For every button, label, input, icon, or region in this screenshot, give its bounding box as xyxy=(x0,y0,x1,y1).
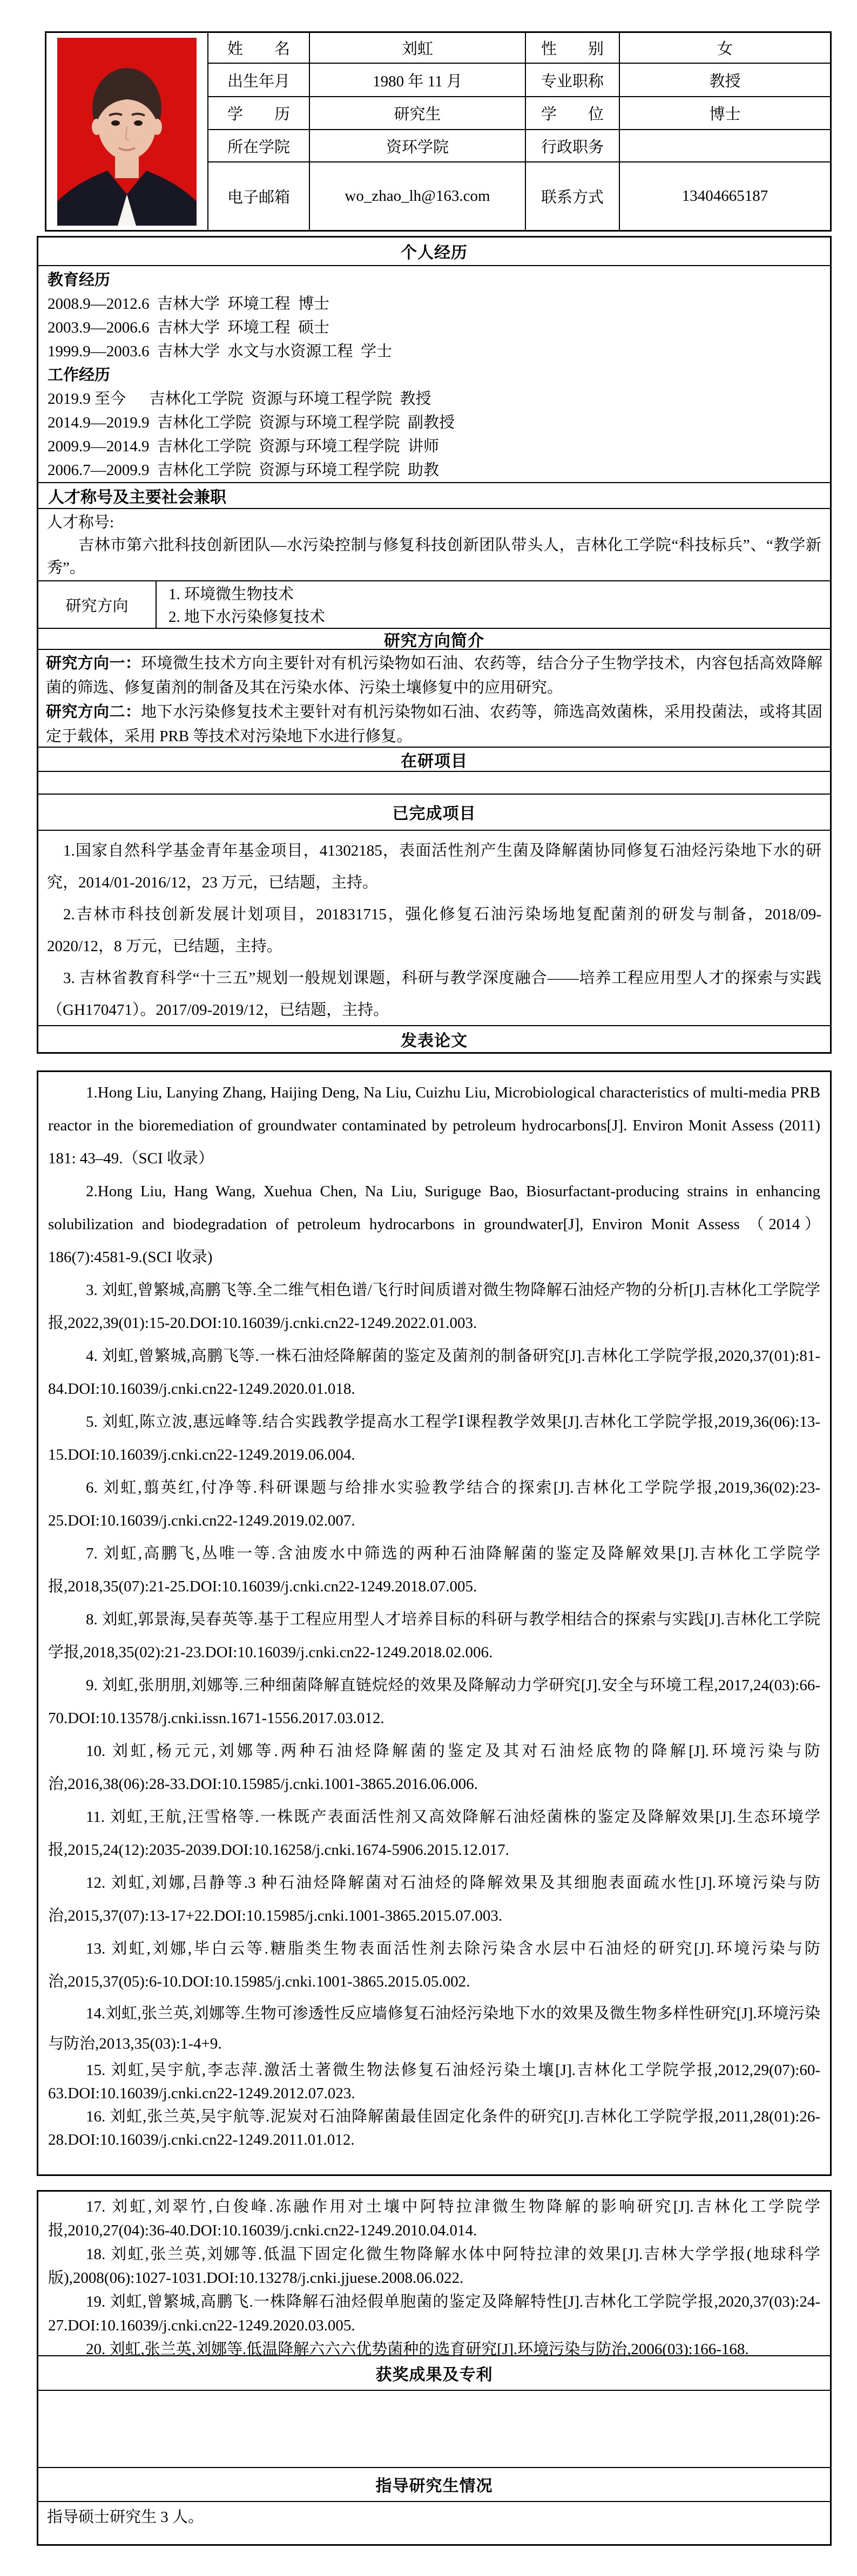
publication-item: 13. 刘虹,刘娜,毕白云等.糖脂类生物表面活性剂去除污染含水层中石油烃的研究[… xyxy=(48,1933,820,1998)
info-row-college: 所在学院 资环学院 行政职务 xyxy=(208,129,830,161)
talent-label: 人才称号: xyxy=(47,511,821,534)
education-item: 2003.9—2006.6 吉林大学 环境工程 硕士 xyxy=(48,316,830,340)
work-item: 2014.9—2019.9 吉林化工学院 资源与环境工程学院 副教授 xyxy=(48,411,830,435)
publications-group-2: 17. 刘虹,刘翠竹,白俊峰.冻融作用对土壤中阿特拉津微生物降解的影响研究[J]… xyxy=(38,2192,830,2355)
education-heading: 教育经历 xyxy=(48,268,830,292)
work-item: 2019.9 至今 吉林化工学院 资源与环境工程学院 教授 xyxy=(48,387,830,411)
gender-value: 女 xyxy=(619,33,830,63)
completed-projects-content: 1.国家自然科学基金青年基金项目，41302185，表面活性剂产生菌及降解菌协同… xyxy=(38,830,830,1026)
admin-post-label: 行政职务 xyxy=(525,130,619,161)
name-label: 姓 名 xyxy=(208,33,309,63)
research-direction-row: 研究方向 1. 环境微生物技术 2. 地下水污染修复技术 xyxy=(38,580,830,628)
gender-label: 性 别 xyxy=(525,33,619,63)
publication-item: 17. 刘虹,刘翠竹,白俊峰.冻融作用对土壤中阿特拉津微生物降解的影响研究[J]… xyxy=(48,2195,820,2242)
section-talent-title: 人才称号及主要社会兼职 xyxy=(38,482,830,508)
publication-item: 12. 刘虹,刘娜,吕静等.3 种石油烃降解菌对石油烃的降解效果及其细胞表面疏水… xyxy=(48,1867,820,1933)
publication-item: 14.刘虹,张兰英,刘娜等.生物可渗透性反应墙修复石油烃污染地下水的效果及微生物… xyxy=(48,1998,820,2059)
completed-project-item: 3. 吉林省教育科学“十三五”规划一般规划课题，科研与教学深度融合——培养工程应… xyxy=(47,962,821,1026)
research-intro-lead: 研究方向一： xyxy=(46,655,141,672)
photo-cell xyxy=(46,33,208,230)
eye-left xyxy=(111,120,120,126)
info-row-birth: 出生年月 1980 年 11 月 专业职称 教授 xyxy=(208,63,830,96)
section-students-title: 指导研究生情况 xyxy=(38,2467,830,2500)
research-intro-content: 研究方向一：环境微生技术方向主要针对有机污染物如石油、农药等，结合分子生物学技术… xyxy=(38,649,830,747)
college-value: 资环学院 xyxy=(309,130,525,161)
talent-body: 吉林市第六批科技创新团队—水污染控制与修复科技创新团队带头人，吉林化工学院“科技… xyxy=(47,534,821,579)
research-intro-text: 环境微生技术方向主要针对有机污染物如石油、农药等，结合分子生物学技术，内容包括高… xyxy=(46,655,822,696)
publication-item: 7. 刘虹,高鹏飞,丛唯一等.含油废水中筛选的两种石油降解菌的鉴定及降解效果[J… xyxy=(48,1537,820,1603)
professional-title-label: 专业职称 xyxy=(525,64,619,96)
publication-item: 10. 刘虹,杨元元,刘娜等.两种石油烃降解菌的鉴定及其对石油烃底物的降解[J]… xyxy=(48,1735,820,1801)
research-direction-item: 2. 地下水污染修复技术 xyxy=(168,606,830,628)
info-rows: 姓 名 刘虹 性 别 女 出生年月 1980 年 11 月 专业职称 教授 学 … xyxy=(208,33,830,230)
completed-project-item: 1.国家自然科学基金青年基金项目，41302185，表面活性剂产生菌及降解菌协同… xyxy=(47,835,821,899)
birth-label: 出生年月 xyxy=(208,64,309,96)
profile-photo xyxy=(57,38,197,226)
publication-item: 6. 刘虹,翦英红,付净等.科研课题与给排水实验教学结合的探索[J].吉林化工学… xyxy=(48,1472,820,1537)
publication-item: 1.Hong Liu, Lanying Zhang, Haijing Deng,… xyxy=(48,1076,820,1175)
section-completed-projects-title: 已完成项目 xyxy=(38,794,830,830)
education-level-value: 研究生 xyxy=(309,97,525,129)
info-row-education: 学 历 研究生 学 位 博士 xyxy=(208,96,830,129)
section-ongoing-projects-title: 在研项目 xyxy=(38,747,830,771)
name-value: 刘虹 xyxy=(309,33,525,63)
work-item: 2009.9—2014.9 吉林化工学院 资源与环境工程学院 讲师 xyxy=(48,435,830,458)
publication-item: 2.Hong Liu, Hang Wang, Xuehua Chen, Na L… xyxy=(48,1175,820,1274)
phone-value: 13404665187 xyxy=(619,162,830,230)
eye-right xyxy=(134,120,143,126)
publication-item: 8. 刘虹,郭景海,吴春英等.基于工程应用型人才培养目标的科研与教学相结合的探索… xyxy=(48,1603,820,1669)
section-research-intro-title: 研究方向简介 xyxy=(38,628,830,649)
email-label: 电子邮箱 xyxy=(208,162,309,230)
publication-item: 11. 刘虹,王航,汪雪格等.一株既产表面活性剂又高效降解石油烃菌株的鉴定及降解… xyxy=(48,1801,820,1867)
research-direction-label: 研究方向 xyxy=(38,581,157,628)
phone-label: 联系方式 xyxy=(525,162,619,230)
publication-item: 15. 刘虹,吴宇航,李志萍.激活土著微生物法修复石油烃污染土壤[J].吉林化工… xyxy=(48,2059,820,2105)
research-intro-paragraph: 研究方向二：地下水污染修复技术主要针对有机污染物如石油、农药等，筛选高效菌株，采… xyxy=(46,700,822,747)
publications-box-1: 1.Hong Liu, Lanying Zhang, Haijing Deng,… xyxy=(37,1070,832,2176)
main-table: 个人经历 教育经历 2008.9—2012.6 吉林大学 环境工程 博士 200… xyxy=(37,236,832,1054)
professional-title-value: 教授 xyxy=(619,64,830,96)
education-level-label: 学 历 xyxy=(208,97,309,129)
awards-content xyxy=(38,2390,830,2467)
publication-item: 4. 刘虹,曾繁城,高鹏飞等.一株石油烃降解菌的鉴定及菌剂的制备研究[J].吉林… xyxy=(48,1340,820,1406)
publication-item: 18. 刘虹,张兰英,刘娜等.低温下固定化微生物降解水体中阿特拉津的效果[J].… xyxy=(48,2242,820,2290)
ongoing-projects-content xyxy=(38,771,830,794)
tail-box: 17. 刘虹,刘翠竹,白俊峰.冻融作用对土壤中阿特拉津微生物降解的影响研究[J]… xyxy=(37,2190,832,2546)
section-awards-title: 获奖成果及专利 xyxy=(38,2355,830,2389)
publication-item: 16. 刘虹,张兰英,吴宇航等.泥炭对石油降解菌最佳固定化条件的研究[J].吉林… xyxy=(48,2105,820,2152)
students-content: 指导硕士研究生 3 人。 xyxy=(38,2501,830,2544)
talent-content: 人才称号: 吉林市第六批科技创新团队—水污染控制与修复科技创新团队带头人，吉林化… xyxy=(38,508,830,580)
info-table: 姓 名 刘虹 性 别 女 出生年月 1980 年 11 月 专业职称 教授 学 … xyxy=(45,31,832,232)
email-value: wo_zhao_lh@163.com xyxy=(309,162,525,230)
research-intro-text: 地下水污染修复技术主要针对有机污染物如石油、农药等，筛选高效菌株，采用投菌法，或… xyxy=(46,703,822,745)
section-publications-title: 发表论文 xyxy=(38,1025,830,1052)
research-intro-lead: 研究方向二： xyxy=(46,703,141,721)
research-intro-paragraph: 研究方向一：环境微生技术方向主要针对有机污染物如石油、农药等，结合分子生物学技术… xyxy=(46,652,822,700)
publication-item: 9. 刘虹,张朋朋,刘娜等.三种细菌降解直链烷烃的效果及降解动力学研究[J].安… xyxy=(48,1669,820,1735)
education-item: 1999.9—2003.6 吉林大学 水文与水资源工程 学士 xyxy=(48,340,830,363)
page: { "photo": { "bg_color": "#d6100e", "sui… xyxy=(0,0,857,2576)
work-item: 2006.7—2009.9 吉林化工学院 资源与环境工程学院 助教 xyxy=(48,458,830,482)
publication-item: 19. 刘虹,曾繁城,高鹏飞.一株降解石油烃假单胞菌的鉴定及降解特性[J].吉林… xyxy=(48,2290,820,2337)
section-personal-experience-title: 个人经历 xyxy=(38,238,830,265)
work-heading: 工作经历 xyxy=(48,363,830,387)
education-item: 2008.9—2012.6 吉林大学 环境工程 博士 xyxy=(48,292,830,316)
completed-project-item: 2.吉林市科技创新发展计划项目，201831715，强化修复石油污染场地复配菌剂… xyxy=(47,899,821,962)
publication-item: 5. 刘虹,陈立波,惠远峰等.结合实践教学提高水工程学Ⅰ课程教学效果[J].吉林… xyxy=(48,1406,820,1472)
research-direction-items: 1. 环境微生物技术 2. 地下水污染修复技术 xyxy=(157,581,830,628)
research-direction-item: 1. 环境微生物技术 xyxy=(168,583,830,606)
info-row-contact: 电子邮箱 wo_zhao_lh@163.com 联系方式 13404665187 xyxy=(208,161,830,230)
publication-item: 20. 刘虹,张兰英,刘娜等.低温降解六六六优势菌种的选育研究[J].环境污染与… xyxy=(48,2337,820,2355)
personal-experience-content: 教育经历 2008.9—2012.6 吉林大学 环境工程 博士 2003.9—2… xyxy=(38,265,830,482)
publication-item: 3. 刘虹,曾繁城,高鹏飞等.全二维气相色谱/飞行时间质谱对微生物降解石油烃产物… xyxy=(48,1274,820,1340)
degree-label: 学 位 xyxy=(525,97,619,129)
admin-post-value xyxy=(619,130,830,161)
college-label: 所在学院 xyxy=(208,130,309,161)
birth-value: 1980 年 11 月 xyxy=(309,64,525,96)
degree-value: 博士 xyxy=(619,97,830,129)
info-row-name: 姓 名 刘虹 性 别 女 xyxy=(208,33,830,63)
